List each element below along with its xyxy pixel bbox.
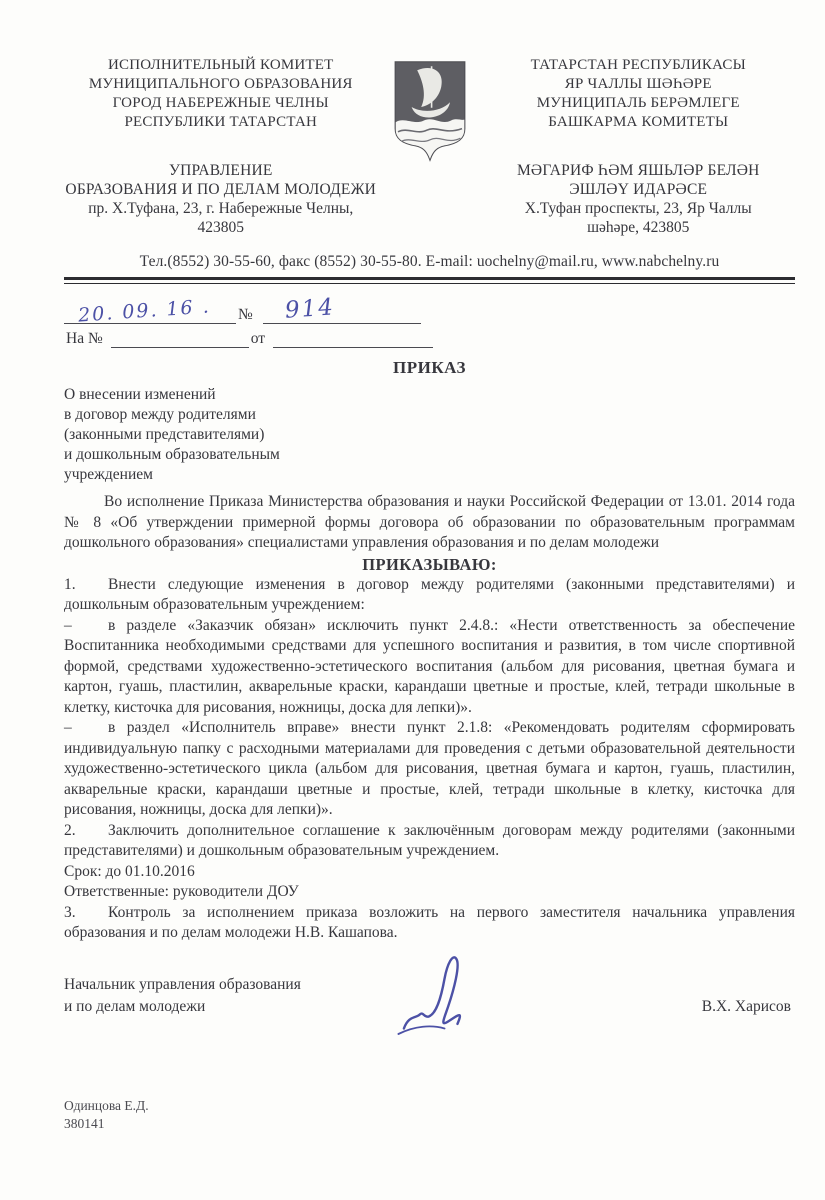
signatory-name: В.Х. Харисов <box>702 998 795 1016</box>
scanned-order-document: ИСПОЛНИТЕЛЬНЫЙ КОМИТЕТ МУНИЦИПАЛЬНОГО ОБ… <box>0 0 825 1200</box>
term-line: Срок: до 01.10.2016 <box>64 862 795 883</box>
address-line: Х.Туфан проспекты, 23, Яр Чаллы <box>482 199 796 218</box>
dept-line: ОБРАЗОВАНИЯ И ПО ДЕЛАМ МОЛОДЕЖИ <box>64 180 378 199</box>
letterhead-left-column: ИСПОЛНИТЕЛЬНЫЙ КОМИТЕТ МУНИЦИПАЛЬНОГО ОБ… <box>64 56 378 237</box>
handwritten-number: 914 <box>284 294 336 323</box>
order-subitem-dash-2: –в раздел «Исполнитель вправе» внести пу… <box>64 718 795 821</box>
reply-reference-row: На № от <box>64 324 795 348</box>
letterhead-right-column: ТАТАРСТАН РЕСПУБЛИКАСЫ ЯР ЧАЛЛЫ ШӘҺӘРЕ М… <box>482 56 796 237</box>
number-field: 914 <box>263 299 421 324</box>
ot-label: от <box>249 330 267 348</box>
signature-container <box>391 946 541 1055</box>
dept-line: УПРАВЛЕНИЕ <box>64 161 378 180</box>
item-text: Заключить дополнительное соглашение к за… <box>64 822 795 860</box>
executor-phone: 380141 <box>64 1115 795 1133</box>
signature-block: Начальник управления образования и по де… <box>64 974 795 1055</box>
coat-of-arms-icon <box>390 58 470 164</box>
order-item-3: 3.Контроль за исполнением приказа возлож… <box>64 903 795 944</box>
subject-line: в договор между родителями <box>64 405 795 425</box>
subject-line: учреждением <box>64 465 795 485</box>
reference-block: 20. 09. 16 . № 914 На № от <box>64 300 795 348</box>
org-line: ТАТАРСТАН РЕСПУБЛИКАСЫ <box>482 56 796 75</box>
org-line: МУНИЦИПАЛЬНОГО ОБРАЗОВАНИЯ <box>64 75 378 94</box>
postal-code: шәһәре, 423805 <box>482 218 796 237</box>
order-subject: О внесении изменений в договор между род… <box>64 385 795 485</box>
date-field: 20. 09. 16 . <box>64 299 236 324</box>
org-line: МУНИЦИПАЛЬ БЕРӘМЛЕГЕ <box>482 94 796 113</box>
order-word: ПРИКАЗЫВАЮ: <box>64 555 795 575</box>
post-line: Начальник управления образования <box>64 974 301 996</box>
address-line: пр. Х.Туфана, 23, г. Набережные Челны, <box>64 199 378 218</box>
org-line: БАШКАРМА КОМИТЕТЫ <box>482 113 796 132</box>
item-marker: 3. <box>64 903 108 924</box>
org-line: ГОРОД НАБЕРЕЖНЫЕ ЧЕЛНЫ <box>64 94 378 113</box>
number-sign-label: № <box>236 306 255 324</box>
item-marker: – <box>64 616 108 637</box>
subject-line: и дошкольным образовательным <box>64 445 795 465</box>
reply-number-field <box>111 323 249 348</box>
item-text: Внести следующие изменения в договор меж… <box>64 576 795 614</box>
item-marker: 1. <box>64 575 108 596</box>
item-text: Контроль за исполнением приказа возложит… <box>64 904 795 942</box>
item-text: в раздел «Исполнитель вправе» внести пун… <box>64 719 795 818</box>
order-item-2: 2.Заключить дополнительное соглашение к … <box>64 821 795 862</box>
item-text: в разделе «Заказчик обязан» исключить пу… <box>64 617 795 716</box>
signatory-post: Начальник управления образования и по де… <box>64 974 301 1018</box>
dept-name-russian: УПРАВЛЕНИЕ ОБРАЗОВАНИЯ И ПО ДЕЛАМ МОЛОДЕ… <box>64 161 378 237</box>
order-subitem-dash-1: –в разделе «Заказчик обязан» исключить п… <box>64 616 795 719</box>
order-item-1: 1.Внести следующие изменения в договор м… <box>64 575 795 616</box>
postal-code: 423805 <box>64 218 378 237</box>
intro-paragraph: Во исполнение Приказа Министерства образ… <box>64 492 795 554</box>
na-no-label: На № <box>64 330 105 348</box>
org-line: ИСПОЛНИТЕЛЬНЫЙ КОМИТЕТ <box>64 56 378 75</box>
dept-line: МӘГАРИФ ҺӘМ ЯШЬЛӘР БЕЛӘН <box>482 161 796 180</box>
post-line: и по делам молодежи <box>64 996 301 1018</box>
date-number-row: 20. 09. 16 . № 914 <box>64 300 795 324</box>
letterhead: ИСПОЛНИТЕЛЬНЫЙ КОМИТЕТ МУНИЦИПАЛЬНОГО ОБ… <box>64 56 795 237</box>
executor-block: Одинцова Е.Д. 380141 <box>64 1097 795 1133</box>
emblem-container <box>378 56 482 164</box>
subject-line: О внесении изменений <box>64 385 795 405</box>
letterhead-divider <box>64 277 795 284</box>
item-marker: – <box>64 718 108 739</box>
item-marker: 2. <box>64 821 108 842</box>
dept-line: ЭШЛӘҮ ИДАРӘСЕ <box>482 180 796 199</box>
executor-name: Одинцова Е.Д. <box>64 1097 795 1115</box>
contact-line: Тел.(8552) 30-55-60, факс (8552) 30-55-8… <box>64 253 795 271</box>
subject-line: (законными представителями) <box>64 425 795 445</box>
reply-date-field <box>273 323 433 348</box>
document-title: ПРИКАЗ <box>64 358 795 378</box>
handwritten-signature-icon <box>391 946 511 1050</box>
org-line: ЯР ЧАЛЛЫ ШӘҺӘРЕ <box>482 75 796 94</box>
org-name-russian: ИСПОЛНИТЕЛЬНЫЙ КОМИТЕТ МУНИЦИПАЛЬНОГО ОБ… <box>64 56 378 132</box>
org-line: РЕСПУБЛИКИ ТАТАРСТАН <box>64 113 378 132</box>
handwritten-date: 20. 09. 16 . <box>77 295 211 326</box>
responsible-line: Ответственные: руководители ДОУ <box>64 882 795 903</box>
org-name-tatar: ТАТАРСТАН РЕСПУБЛИКАСЫ ЯР ЧАЛЛЫ ШӘҺӘРЕ М… <box>482 56 796 132</box>
dept-name-tatar: МӘГАРИФ ҺӘМ ЯШЬЛӘР БЕЛӘН ЭШЛӘҮ ИДАРӘСЕ Х… <box>482 161 796 237</box>
